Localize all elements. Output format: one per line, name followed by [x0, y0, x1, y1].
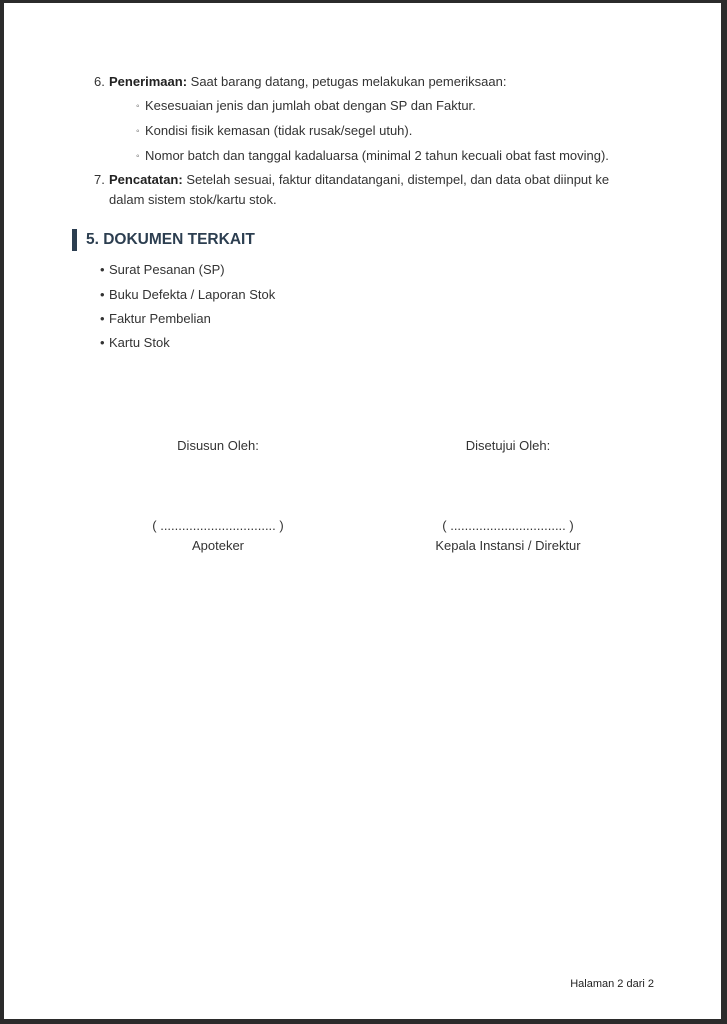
list-item: Surat Pesanan (SP) [109, 262, 225, 278]
page-number: Halaman 2 dari 2 [570, 978, 654, 990]
sub-bullet-icon: ◦ [136, 149, 140, 165]
item-description-continued: dalam sistem stok/kartu stok. [109, 192, 277, 208]
bullet-icon: • [100, 262, 105, 278]
signature-line: ( ................................ ) [98, 518, 338, 534]
item-label: Pencatatan: [109, 172, 183, 187]
bullet-icon: • [100, 311, 105, 327]
list-item: Buku Defekta / Laporan Stok [109, 287, 275, 303]
sub-list-item: Kesesuaian jenis dan jumlah obat dengan … [145, 98, 476, 114]
signature-role: Kepala Instansi / Direktur [388, 538, 628, 554]
signature-title: Disusun Oleh: [98, 438, 338, 454]
item-text: Pencatatan: Setelah sesuai, faktur ditan… [109, 172, 609, 188]
section-heading: 5. DOKUMEN TERKAIT [86, 230, 255, 250]
list-item: Faktur Pembelian [109, 311, 211, 327]
signature-role: Apoteker [98, 538, 338, 554]
item-description: Saat barang datang, petugas melakukan pe… [187, 74, 506, 89]
sub-bullet-icon: ◦ [136, 99, 140, 115]
item-text: Penerimaan: Saat barang datang, petugas … [109, 74, 506, 90]
document-page: 6. Penerimaan: Saat barang datang, petug… [4, 3, 721, 1019]
signature-title: Disetujui Oleh: [388, 438, 628, 454]
item-label: Penerimaan: [109, 74, 187, 89]
heading-accent-bar [72, 229, 77, 251]
item-description: Setelah sesuai, faktur ditandatangani, d… [183, 172, 609, 187]
item-number: 7. [94, 172, 105, 188]
sub-list-item: Kondisi fisik kemasan (tidak rusak/segel… [145, 123, 412, 139]
signature-line: ( ................................ ) [388, 518, 628, 534]
sub-list-item: Nomor batch dan tanggal kadaluarsa (mini… [145, 148, 609, 164]
bullet-icon: • [100, 335, 105, 351]
bullet-icon: • [100, 287, 105, 303]
item-number: 6. [94, 74, 105, 90]
sub-bullet-icon: ◦ [136, 124, 140, 140]
list-item: Kartu Stok [109, 335, 170, 351]
